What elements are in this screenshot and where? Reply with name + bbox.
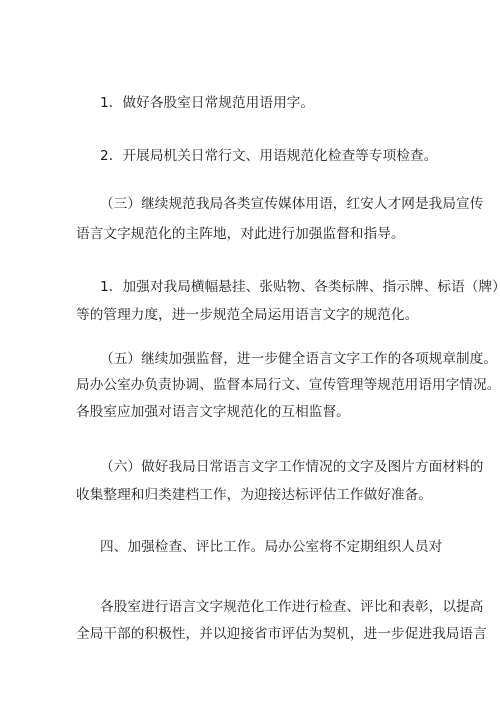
paragraph-section-5-line-1: （五）继续加强监督，进一步健全语言文字工作的各项规章制度。 <box>100 351 460 367</box>
paragraph-item-1: 1．做好各股室日常规范用语用字。 <box>100 95 460 111</box>
paragraph-section-5-line-3: 各股室应加强对语言文字规范化的互相监督。 <box>76 404 436 420</box>
paragraph-section-6-line-1: （六）做好我局日常语言文字工作情况的文字及图片方面材料的 <box>100 459 460 475</box>
paragraph-section-6-line-2: 收集整理和归类建档工作，为迎接达标评估工作做好准备。 <box>76 487 436 503</box>
paragraph-inspection-line-2: 全局干部的积极性，并以迎接省市评估为契机，进一步促进我局语言 <box>76 626 436 642</box>
paragraph-inspection-line-1: 各股室进行语言文字规范化工作进行检查、评比和表彰，以提高 <box>100 599 460 615</box>
paragraph-subitem-1-line-1: 1．加强对我局横幅悬挂、张贴物、各类标牌、指示牌、标语（牌） <box>100 279 460 295</box>
paragraph-section-3-line-1: （三）继续规范我局各类宣传媒体用语，红安人才网是我局宣传 <box>100 196 460 212</box>
paragraph-item-2: 2．开展局机关日常行文、用语规范化检查等专项检查。 <box>100 148 460 164</box>
paragraph-subitem-1-line-2: 等的管理力度，进一步规范全局运用语言文字的规范化。 <box>76 307 436 323</box>
paragraph-section-3-line-2: 语言文字规范化的主阵地，对此进行加强监督和指导。 <box>76 226 436 242</box>
paragraph-heading-4: 四、加强检查、评比工作。局办公室将不定期组织人员对 <box>100 539 460 555</box>
paragraph-section-5-line-2: 局办公室办负责协调、监督本局行文、宣传管理等规范用语用字情况。 <box>76 377 436 393</box>
document-page: 1．做好各股室日常规范用语用字。 2．开展局机关日常行文、用语规范化检查等专项检… <box>0 0 500 707</box>
